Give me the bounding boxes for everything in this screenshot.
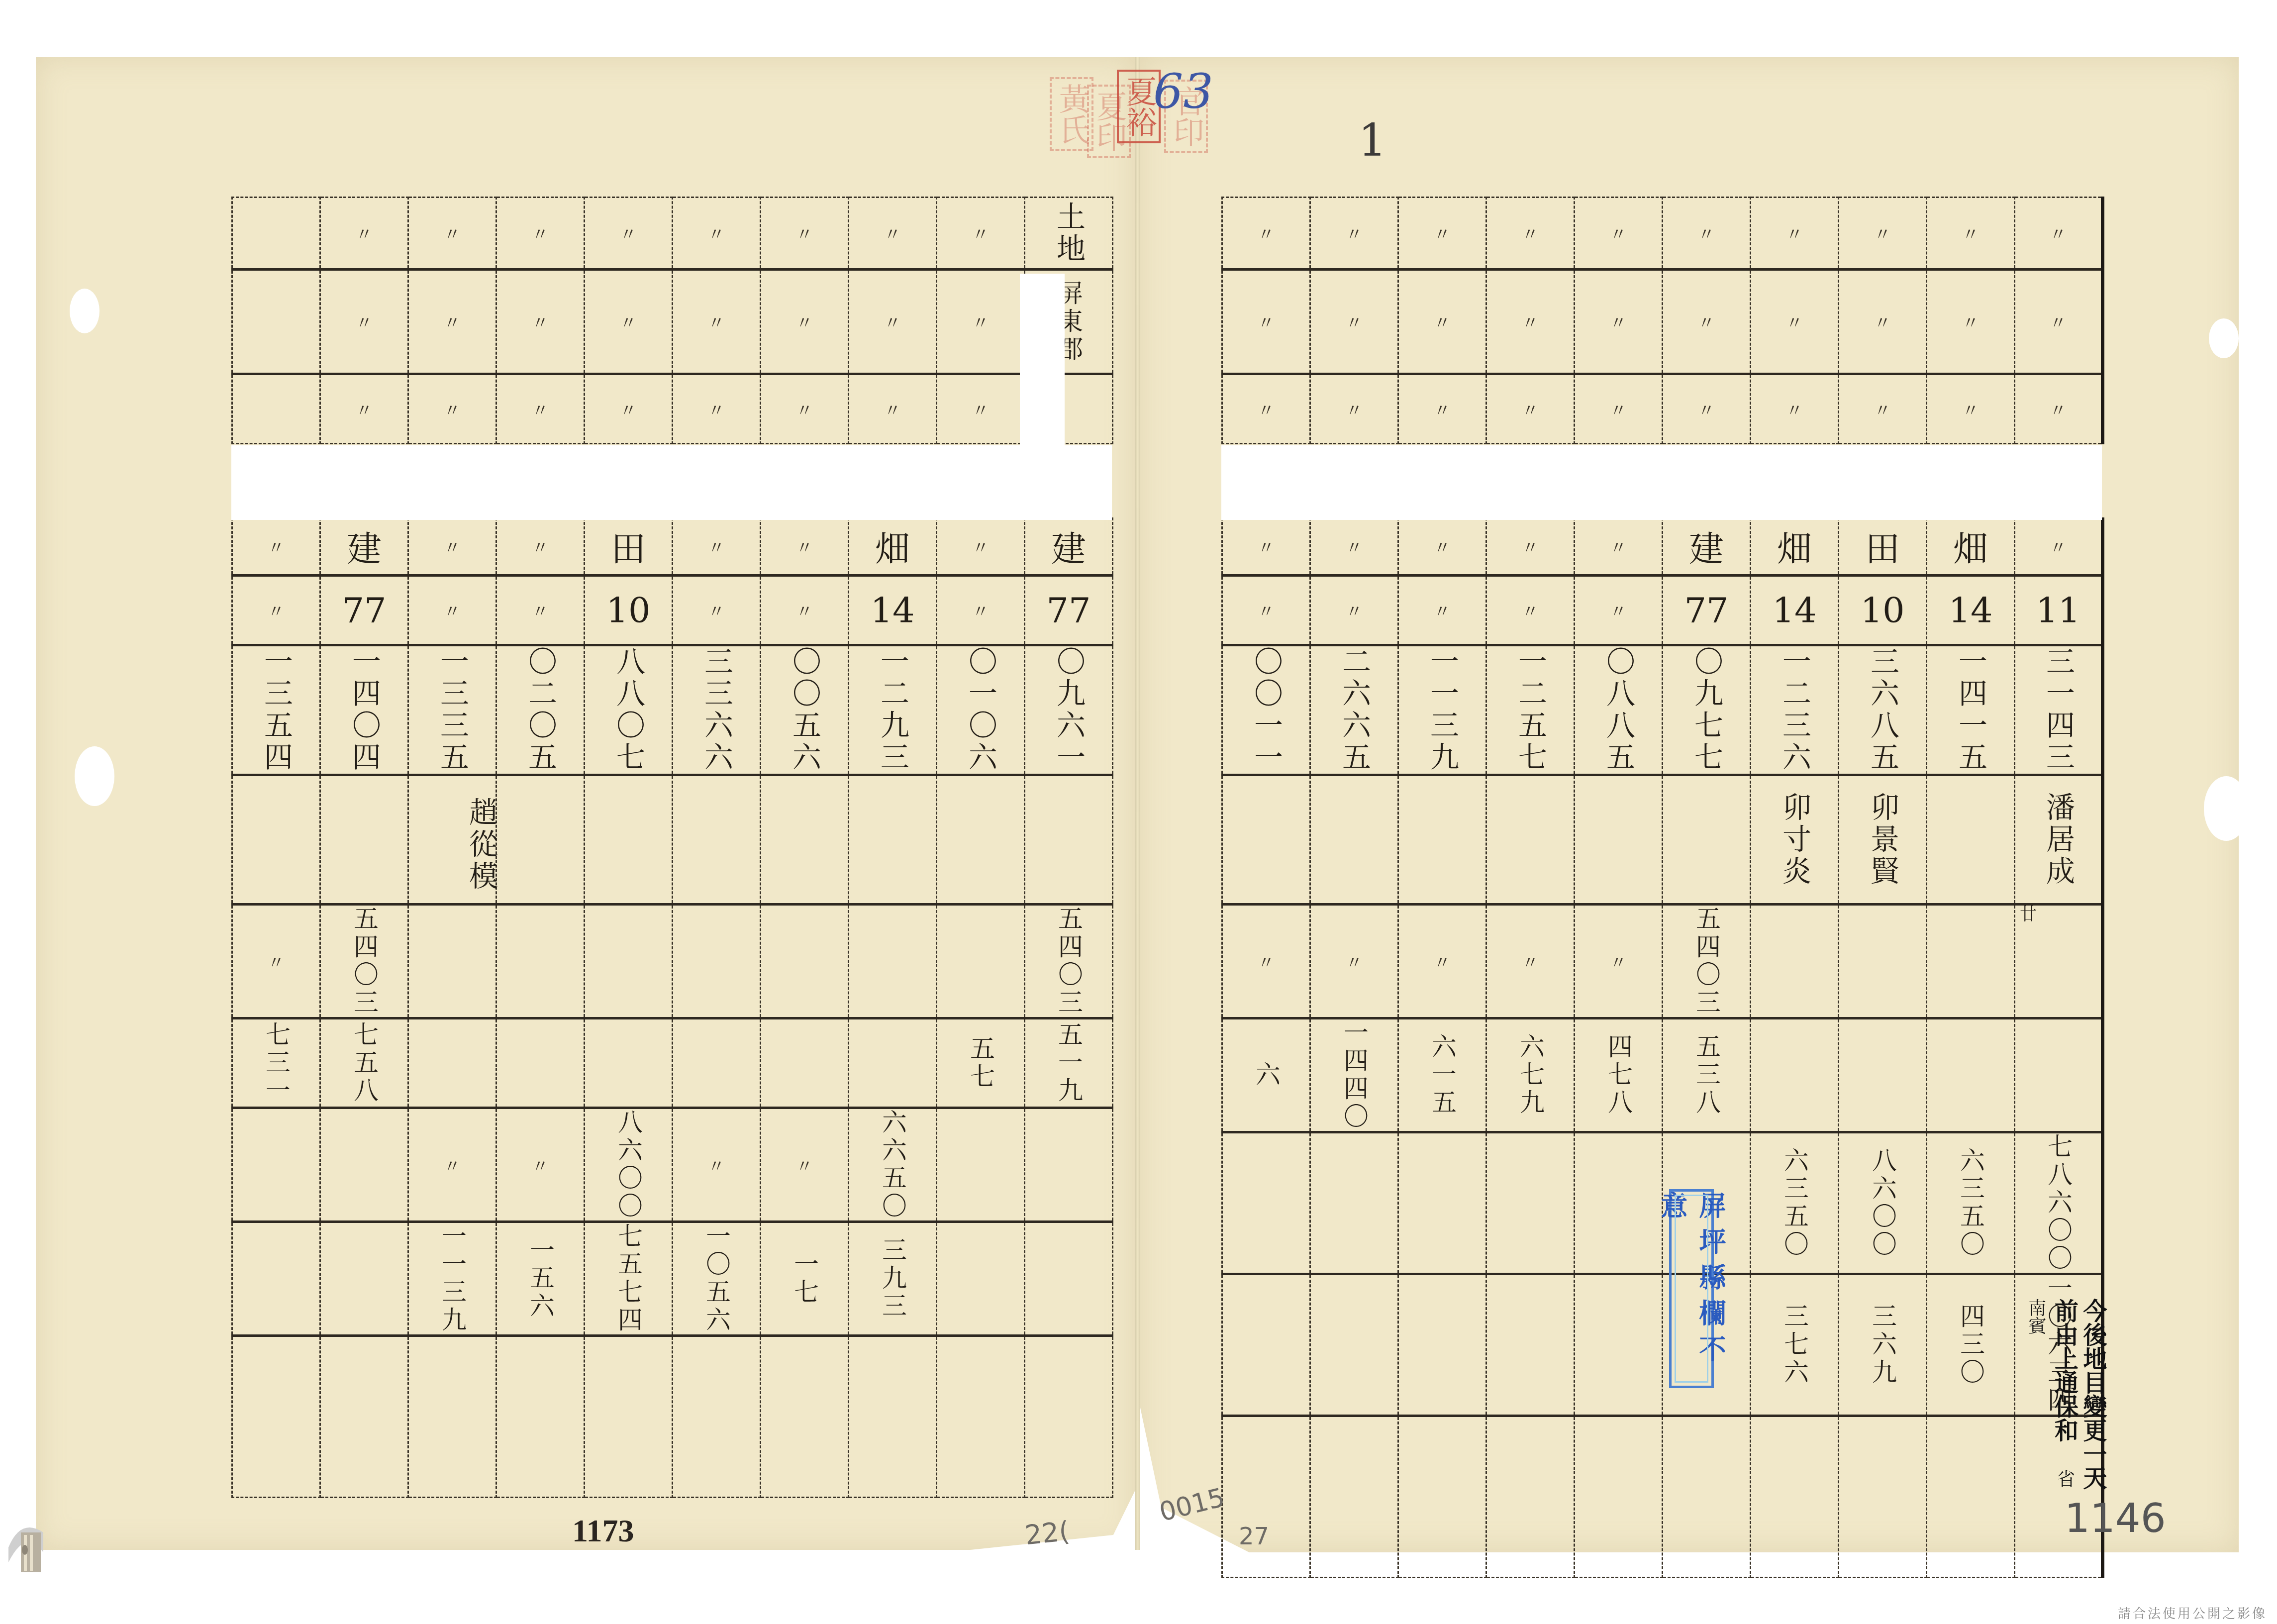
cell: 八八〇七 xyxy=(585,645,673,775)
cell: 六 xyxy=(1222,1018,1310,1132)
cell: 〃 xyxy=(1839,374,1927,444)
cell xyxy=(849,1018,937,1108)
cell: 七五七四 xyxy=(585,1222,673,1336)
cell xyxy=(1751,905,1839,1018)
cell: 〃 xyxy=(232,518,320,576)
cell: 建 xyxy=(1663,518,1751,576)
cell xyxy=(585,775,673,905)
cell: 〃 xyxy=(1310,198,1398,270)
row-3: 〃 〃 〃 〃 〃 〃 〃 〃 xyxy=(232,374,1113,444)
cell xyxy=(1025,775,1113,905)
cell: 〃 xyxy=(496,518,585,576)
cell: 〃 xyxy=(761,374,849,444)
cell: 〃 xyxy=(408,270,496,374)
cell xyxy=(585,905,673,1018)
cell: 五四〇三 xyxy=(1663,905,1751,1018)
cell xyxy=(1222,1274,1310,1416)
cell: 〃 xyxy=(937,374,1025,444)
row-owner: 卯寸炎 卯景賢 潘居成 xyxy=(1222,775,2103,905)
cell: 〃 xyxy=(1575,518,1663,576)
cell xyxy=(673,905,761,1018)
cell: 三六八五 xyxy=(1839,645,1927,775)
cell: 〃 xyxy=(1575,576,1663,645)
cell: 〃 xyxy=(1927,270,2015,374)
watermark-text: 請合法使用公開之影像 xyxy=(2118,1604,2267,1622)
cell: 14 xyxy=(1927,576,2015,645)
cell: 〃 xyxy=(1222,905,1310,1018)
cell: 一七 xyxy=(761,1222,849,1336)
cell: 〃 xyxy=(1927,198,2015,270)
pencil-note-left: 22( xyxy=(1023,1515,1071,1551)
cell: 一三三五 xyxy=(408,645,496,775)
cell xyxy=(408,905,496,1018)
cell: 〃 xyxy=(937,198,1025,270)
cell: 三三六六 xyxy=(673,645,761,775)
cell: 一四一五 xyxy=(1927,645,2015,775)
row-parcel-number: 一三五四 一四〇四 一三三五 〇二〇五 八八〇七 三三六六 〇〇五六 一二九三 … xyxy=(232,645,1113,775)
cell: 八六〇〇 xyxy=(1839,1132,1927,1274)
cell: 一〇五六 xyxy=(673,1222,761,1336)
cell: 二六六五 xyxy=(1310,645,1398,775)
owner-name: 卯景賢 xyxy=(1839,775,1927,905)
row-parcel-number: 〇〇一一 二六六五 一一三九 一二五七 〇八八五 〇九七七 一二三六 三六八五 … xyxy=(1222,645,2103,775)
cell: 14 xyxy=(849,576,937,645)
row-3: 〃 〃 〃 〃 〃 〃 〃 〃 〃 〃 xyxy=(1222,374,2103,444)
cell: 〃 xyxy=(1222,270,1310,374)
cell xyxy=(849,905,937,1018)
cell: 田 xyxy=(585,518,673,576)
cell: 〃 xyxy=(673,576,761,645)
cell: 〇一〇六 xyxy=(937,645,1025,775)
cell: 五四〇三 xyxy=(320,905,408,1018)
heading-label: 土地 xyxy=(1025,198,1113,270)
redaction-mask-left-heading xyxy=(1020,274,1065,448)
cell: 〃 xyxy=(1663,374,1751,444)
cell xyxy=(320,775,408,905)
cell xyxy=(1222,1132,1310,1274)
cell xyxy=(2015,1018,2103,1132)
left-ledger-table: 〃 〃 〃 〃 〃 〃 〃 〃 土地 〃 〃 〃 〃 〃 〃 〃 〃 屏東郡 〃… xyxy=(231,197,1113,1498)
cell: 〃 xyxy=(1222,198,1310,270)
cell xyxy=(1310,775,1398,905)
cell xyxy=(496,905,585,1018)
cell: 〇九七七 xyxy=(1663,645,1751,775)
cell xyxy=(1222,775,1310,905)
cell xyxy=(937,1108,1025,1222)
owner-name: 卯寸炎 xyxy=(1751,775,1839,905)
blue-folio-number: 63 xyxy=(1153,65,1213,119)
cell: 〃 xyxy=(1310,905,1398,1018)
cell xyxy=(232,198,320,270)
cell: 〃 xyxy=(1839,198,1927,270)
cell: 〃 xyxy=(1927,374,2015,444)
redaction-mask-left xyxy=(231,445,1112,520)
cell: 六六五〇 xyxy=(849,1108,937,1222)
cell: 〃 xyxy=(1398,576,1486,645)
cell: 〃 xyxy=(1751,270,1839,374)
cell: 三一四三 xyxy=(2015,645,2103,775)
owner-name: 潘居成 xyxy=(2015,775,2103,905)
cell: 〃 xyxy=(408,576,496,645)
torn-edge xyxy=(70,289,99,333)
cell: 〃 xyxy=(496,198,585,270)
cell: 三七六 xyxy=(1751,1274,1839,1416)
cell: 〇〇五六 xyxy=(761,645,849,775)
cell: 〃 xyxy=(496,1108,585,1222)
cell: 七五八 xyxy=(320,1018,408,1108)
cell: 〃 xyxy=(761,198,849,270)
page-number: 1173 xyxy=(572,1513,634,1549)
cell xyxy=(1575,1274,1663,1416)
row-value-b: 一一三九 一五六 七五七四 一〇五六 一七 三九三 xyxy=(232,1222,1113,1336)
row-owner: 趙從模 xyxy=(232,775,1113,905)
cell: 〃 xyxy=(761,576,849,645)
cell: 〃 xyxy=(1398,270,1486,374)
cell: 〃 xyxy=(585,270,673,374)
cell xyxy=(761,775,849,905)
cell xyxy=(320,1222,408,1336)
cell: 〃 xyxy=(673,270,761,374)
row-blank xyxy=(1222,1416,2103,1578)
cell: 〇九六一 xyxy=(1025,645,1113,775)
cell xyxy=(937,905,1025,1018)
cell: 〃 xyxy=(937,270,1025,374)
cell: 〃 xyxy=(1575,374,1663,444)
cell xyxy=(937,775,1025,905)
cell xyxy=(1398,775,1486,905)
cell: 四七八 xyxy=(1575,1018,1663,1132)
cell: 〃 xyxy=(673,1108,761,1222)
row-land-category: 〃 〃 〃 〃 〃 建 畑 田 畑 〃 xyxy=(1222,518,2103,576)
cell: 七八六〇〇 xyxy=(2015,1132,2103,1274)
cell: 〃 xyxy=(1575,270,1663,374)
cell xyxy=(1398,1274,1486,1416)
cell: 〃 xyxy=(408,518,496,576)
cell: 四三〇 xyxy=(1927,1274,2015,1416)
row-2: 〃 〃 〃 〃 〃 〃 〃 〃 屏東郡 xyxy=(232,270,1113,374)
cell: 〃 xyxy=(1486,518,1575,576)
cell: 〃 xyxy=(1222,374,1310,444)
cell: 〃 xyxy=(496,374,585,444)
cell: 10 xyxy=(1839,576,1927,645)
cell: 〃 xyxy=(1398,905,1486,1018)
row-grade: 〃 77 〃 〃 10 〃 〃 14 〃 77 xyxy=(232,576,1113,645)
cell: 〃 xyxy=(1398,198,1486,270)
cell: 〃 xyxy=(496,270,585,374)
cell xyxy=(1025,1222,1113,1336)
cell: 77 xyxy=(320,576,408,645)
cell xyxy=(1575,775,1663,905)
cell: 〃 xyxy=(1486,270,1575,374)
cell: 〃 xyxy=(1310,576,1398,645)
cell: 五四〇三 xyxy=(1025,905,1113,1018)
torn-edge xyxy=(2209,318,2239,358)
cell xyxy=(761,1018,849,1108)
cell: 〃 xyxy=(1486,374,1575,444)
cell: 〃 xyxy=(408,1108,496,1222)
cell: 〃 xyxy=(1663,270,1751,374)
cell: 〃 xyxy=(585,374,673,444)
cell: 〇二〇五 xyxy=(496,645,585,775)
cell: 〃 xyxy=(1751,198,1839,270)
cell xyxy=(1927,1018,2015,1132)
owner-name: 趙從模 xyxy=(408,775,496,905)
cell: 〃 xyxy=(1310,374,1398,444)
cell: 一一三九 xyxy=(408,1222,496,1336)
row-2: 〃 〃 〃 〃 〃 〃 〃 〃 〃 〃 xyxy=(1222,270,2103,374)
cell xyxy=(232,374,320,444)
cell: 〃 xyxy=(1575,198,1663,270)
cell: 〃 xyxy=(673,518,761,576)
cell: 〃 xyxy=(673,198,761,270)
page-mark: 1 xyxy=(1358,114,1386,167)
cell: 〃 xyxy=(2015,518,2103,576)
cell: 畑 xyxy=(849,518,937,576)
cell: 〃 xyxy=(232,905,320,1018)
cell xyxy=(1486,1274,1575,1416)
cell xyxy=(761,905,849,1018)
cell: 〃 xyxy=(1398,518,1486,576)
cell xyxy=(496,1018,585,1108)
cell: 〃 xyxy=(585,198,673,270)
cell: 〃 xyxy=(761,1108,849,1222)
center-fold xyxy=(1135,57,1140,1550)
cell: 〃 xyxy=(1663,198,1751,270)
cell: 畑 xyxy=(1751,518,1839,576)
cell xyxy=(849,775,937,905)
cell: 10 xyxy=(585,576,673,645)
pencil-note-right-3: 1146 xyxy=(2065,1495,2166,1541)
cell xyxy=(1927,775,2015,905)
cell: 五七 xyxy=(937,1018,1025,1108)
torn-edge xyxy=(2204,776,2249,841)
cell: 〃 xyxy=(1486,198,1575,270)
cell xyxy=(1486,775,1575,905)
cell: 六三五〇 xyxy=(1751,1132,1839,1274)
cell xyxy=(673,1018,761,1108)
row-grade: 〃 〃 〃 〃 〃 77 14 10 14 11 xyxy=(1222,576,2103,645)
cell: 〃 xyxy=(320,198,408,270)
cell: 建 xyxy=(320,518,408,576)
cell: 〃 xyxy=(849,198,937,270)
cell: 七三一 xyxy=(232,1018,320,1108)
row-value-a: 〃 〃 八六〇〇 〃 〃 六六五〇 xyxy=(232,1108,1113,1222)
cell xyxy=(1751,1018,1839,1132)
cell: 〃 xyxy=(673,374,761,444)
cell: 〃 xyxy=(849,270,937,374)
cell xyxy=(232,1108,320,1222)
cell: 〃 xyxy=(761,518,849,576)
cell: 〃 xyxy=(2015,374,2103,444)
cell: 〃 xyxy=(1751,374,1839,444)
cell: 〃 xyxy=(761,270,849,374)
cell xyxy=(673,775,761,905)
cell xyxy=(1398,1132,1486,1274)
cell: 〃 xyxy=(937,576,1025,645)
row-area-a: 〃 〃 〃 〃 〃 五四〇三 xyxy=(1222,905,2103,1018)
cell: 〃 xyxy=(1222,518,1310,576)
cell: 一二三六 xyxy=(1751,645,1839,775)
cell: 六三五〇 xyxy=(1927,1132,2015,1274)
cell xyxy=(1486,1132,1575,1274)
cell xyxy=(232,270,320,374)
row-area-b: 六 一四四〇 六一五 六七九 四七八 五三八 xyxy=(1222,1018,2103,1132)
cell: 〃 xyxy=(849,374,937,444)
cell xyxy=(232,1222,320,1336)
torn-edge xyxy=(75,746,114,806)
cell xyxy=(1839,1018,1927,1132)
row-area-a: 〃 五四〇三 五四〇三 xyxy=(232,905,1113,1018)
owner-suffix: 廿 xyxy=(2020,901,2037,925)
cell: 五一九 xyxy=(1025,1018,1113,1108)
cell xyxy=(1575,1132,1663,1274)
cell: 11 xyxy=(2015,576,2103,645)
cell: 五三八 xyxy=(1663,1018,1751,1132)
cell: 〃 xyxy=(1398,374,1486,444)
archive-logo-icon xyxy=(6,1513,46,1577)
cell: 〃 xyxy=(496,576,585,645)
cell: 畑 xyxy=(1927,518,2015,576)
cell: 一四〇四 xyxy=(320,645,408,775)
cell: 六一五 xyxy=(1398,1018,1486,1132)
cell: 77 xyxy=(1025,576,1113,645)
cell: 〃 xyxy=(232,576,320,645)
pencil-note-right-2: 27 xyxy=(1239,1522,1269,1550)
cell xyxy=(408,1018,496,1108)
cell: 六七九 xyxy=(1486,1018,1575,1132)
cell: 〃 xyxy=(937,518,1025,576)
cell: 〃 xyxy=(320,270,408,374)
cell xyxy=(585,1018,673,1108)
row-1: 〃 〃 〃 〃 〃 〃 〃 〃 土地 xyxy=(232,198,1113,270)
row-1: 〃 〃 〃 〃 〃 〃 〃 〃 〃 〃 xyxy=(1222,198,2103,270)
cell: 〃 xyxy=(1575,905,1663,1018)
cell: 三九三 xyxy=(849,1222,937,1336)
cell: 〃 xyxy=(408,198,496,270)
cell: 〃 xyxy=(1310,518,1398,576)
cell xyxy=(232,775,320,905)
cell: 三六九 xyxy=(1839,1274,1927,1416)
cell: 〃 xyxy=(1839,270,1927,374)
cell: 〇〇一一 xyxy=(1222,645,1310,775)
cell: 〃 xyxy=(408,374,496,444)
row-land-category: 〃 建 〃 〃 田 〃 〃 畑 〃 建 xyxy=(232,518,1113,576)
redaction-mask-right xyxy=(1221,445,2102,520)
cell: 77 xyxy=(1663,576,1751,645)
cell: 〃 xyxy=(1222,576,1310,645)
cell: 建 xyxy=(1025,518,1113,576)
cell: 〃 xyxy=(1486,905,1575,1018)
cell: 〃 xyxy=(2015,270,2103,374)
cell: 一二九三 xyxy=(849,645,937,775)
cell: 〃 xyxy=(320,374,408,444)
cell: 〇八八五 xyxy=(1575,645,1663,775)
row-blank xyxy=(232,1336,1113,1498)
cell: 一四四〇 xyxy=(1310,1018,1398,1132)
cell: 八六〇〇 xyxy=(585,1108,673,1222)
cell: 一三五四 xyxy=(232,645,320,775)
cell: 田 xyxy=(1839,518,1927,576)
cell xyxy=(1839,905,1927,1018)
cell xyxy=(1663,775,1751,905)
cell xyxy=(320,1108,408,1222)
side-note-main: 今後地目變更一天前由上通保和 xyxy=(2050,1299,2107,1490)
cell xyxy=(1310,1132,1398,1274)
cell: 〃 xyxy=(1486,576,1575,645)
cell: 一一三九 xyxy=(1398,645,1486,775)
cell xyxy=(1927,905,2015,1018)
cell xyxy=(1025,1108,1113,1222)
cell xyxy=(496,775,585,905)
row-area-b: 七三一 七五八 五七 五一九 xyxy=(232,1018,1113,1108)
cell: 一五六 xyxy=(496,1222,585,1336)
cell xyxy=(1310,1274,1398,1416)
cell xyxy=(937,1222,1025,1336)
cell: 〃 xyxy=(1310,270,1398,374)
cell: 14 xyxy=(1751,576,1839,645)
cell: 〃 xyxy=(2015,198,2103,270)
blue-stamp: 屏坪縣欄不意 xyxy=(1669,1189,1714,1388)
cell: 一二五七 xyxy=(1486,645,1575,775)
side-note: 今後地目變更一天前由上通保和 省南賓 xyxy=(2017,1299,2107,1493)
